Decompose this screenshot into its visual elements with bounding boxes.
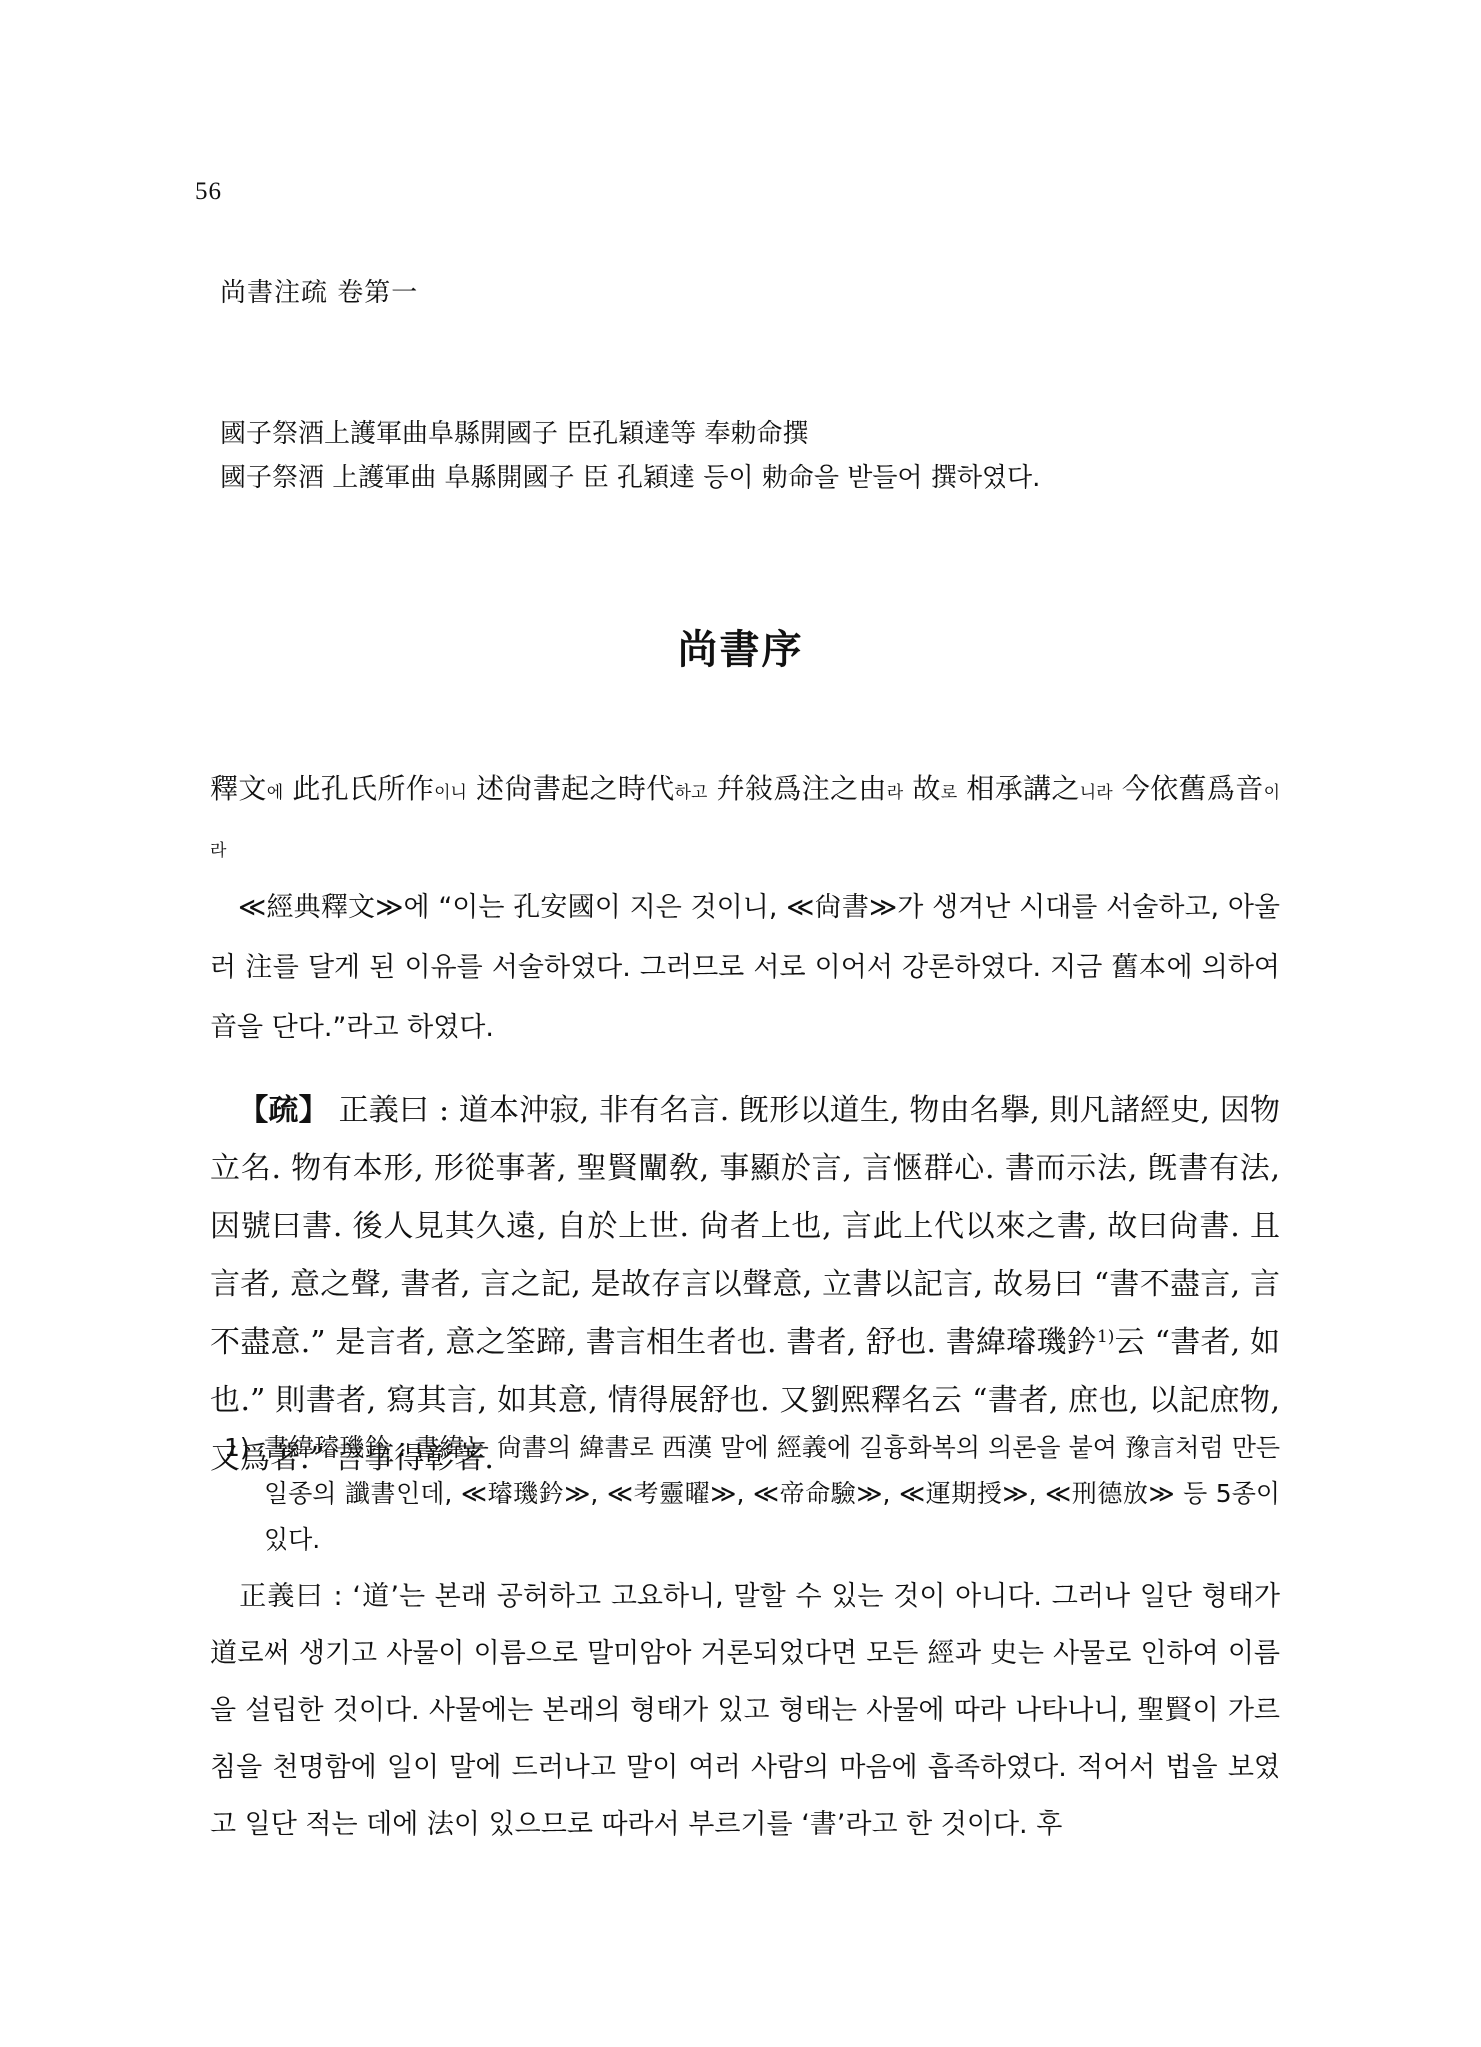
running-title: 尚書注疏 卷第一 [220, 272, 418, 309]
shiwen-particle: 라 [887, 783, 903, 803]
shiwen-main: 今依舊爲音 [1113, 772, 1264, 805]
shiwen-main: 故 [903, 772, 941, 805]
footnote-text: 書緯璿璣鈐 : 書緯는 尙書의 緯書로 西漢 말에 經義에 길흉화복의 의론을 … [264, 1425, 1280, 1563]
author-block: 國子祭酒上護軍曲阜縣開國子 臣孔穎達等 奉勅命撰 國子祭酒 上護軍曲 阜縣開國子… [220, 412, 1040, 500]
footnote: 1) 書緯璿璣鈐 : 書緯는 尙書의 緯書로 西漢 말에 經義에 길흉화복의 의… [224, 1425, 1280, 1563]
section-title: 尚書序 [0, 618, 1481, 675]
shiwen-particle: 하고 [675, 783, 708, 803]
author-line-translation: 國子祭酒 上護軍曲 阜縣開國子 臣 孔穎達 등이 勅命을 받들어 撰하였다. [220, 456, 1040, 500]
shiwen-main: 述尙書起之時代 [467, 772, 675, 805]
zhengyi-translation-paragraph: 正義曰 : ‘道’는 본래 공허하고 고요하니, 말할 수 있는 것이 아니다.… [210, 1568, 1280, 1853]
shiwen-particle: 에 [267, 783, 283, 803]
shiwen-particle: 이니 [434, 783, 467, 803]
shiwen-translation-text: ≪經典釋文≫에 “이는 孔安國이 지은 것이니, ≪尙書≫가 생겨난 시대를 서… [210, 892, 1280, 1043]
shiwen-main: 相承講之 [957, 772, 1080, 805]
shu-marker: 【疏】 [238, 1093, 329, 1128]
author-line-original: 國子祭酒上護軍曲阜縣開國子 臣孔穎達等 奉勅命撰 [220, 412, 1040, 456]
shiwen-translation-paragraph: ≪經典釋文≫에 “이는 孔安國이 지은 것이니, ≪尙書≫가 생겨난 시대를 서… [210, 878, 1280, 1058]
shiwen-main: 此孔氏所作 [283, 772, 434, 805]
shiwen-particle: 니라 [1080, 783, 1113, 803]
shiwen-main: 釋文 [210, 772, 267, 805]
footnote-number: 1) [224, 1425, 250, 1471]
shiwen-paragraph: 釋文에 此孔氏所作이니 述尙書起之時代하고 幷敍爲注之由라 故로 相承講之니라 … [210, 762, 1280, 878]
shiwen-particle: 로 [941, 783, 957, 803]
shu-text-before-note: 正義曰 : 道本沖寂, 非有名言. 旣形以道生, 物由名擧, 則凡諸經史, 因物… [210, 1093, 1280, 1360]
footnote-reference[interactable]: 1) [1097, 1327, 1114, 1347]
page-number: 56 [195, 178, 222, 206]
shiwen-main: 幷敍爲注之由 [707, 772, 886, 805]
zhengyi-translation-text: 正義曰 : ‘道’는 본래 공허하고 고요하니, 말할 수 있는 것이 아니다.… [210, 1581, 1280, 1840]
